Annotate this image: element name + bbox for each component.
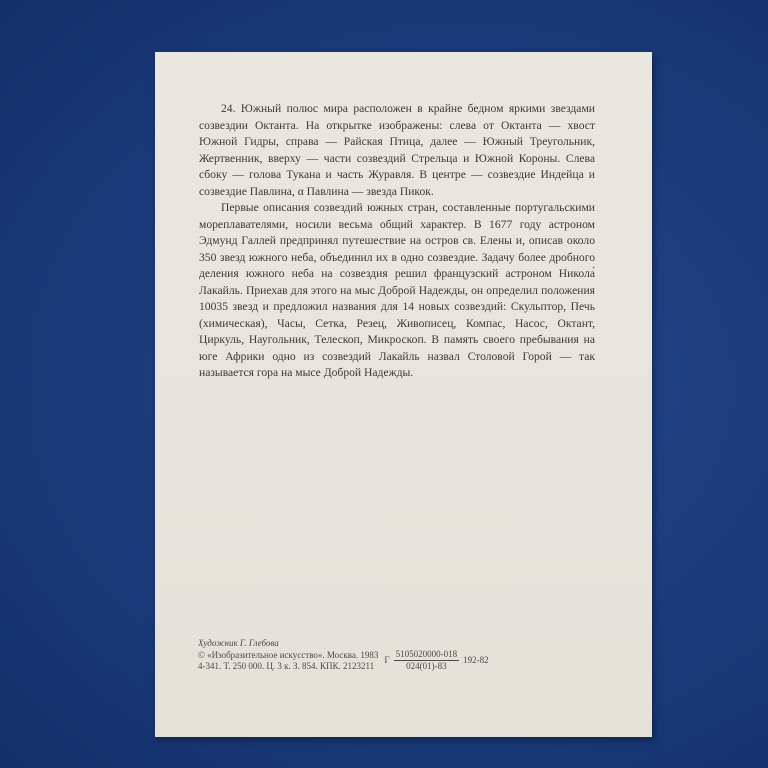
postcard: 24. Южный полюс мира расположен в крайне…	[155, 52, 652, 737]
imprint-lines: © «Изобразительное искусство». Москва. 1…	[198, 650, 378, 672]
artist-credit: Художник Г. Глебова	[198, 638, 608, 649]
print-info-line: 4-341. Т. 250 000. Ц. 3 к. З. 854. КПК. …	[198, 661, 378, 672]
paragraph-history: Первые описания созвездий южных стран, с…	[199, 200, 595, 382]
code-prefix: Г	[384, 655, 389, 666]
imprint-row: © «Изобразительное искусство». Москва. 1…	[198, 649, 608, 672]
code-suffix: 192-82	[463, 655, 489, 666]
paragraph-octans: 24. Южный полюс мира расположен в крайне…	[199, 101, 595, 200]
code-fraction: 5105020000-018 024(01)-83	[394, 649, 460, 672]
publisher-imprint: Художник Г. Глебова © «Изобразительное и…	[198, 638, 608, 672]
code-numerator: 5105020000-018	[394, 649, 460, 661]
postcard-description: 24. Южный полюс мира расположен в крайне…	[199, 101, 595, 382]
publisher-line: © «Изобразительное искусство». Москва. 1…	[198, 650, 378, 661]
catalog-code: Г 5105020000-018 024(01)-83 192-82	[384, 649, 488, 672]
code-denominator: 024(01)-83	[404, 661, 449, 672]
